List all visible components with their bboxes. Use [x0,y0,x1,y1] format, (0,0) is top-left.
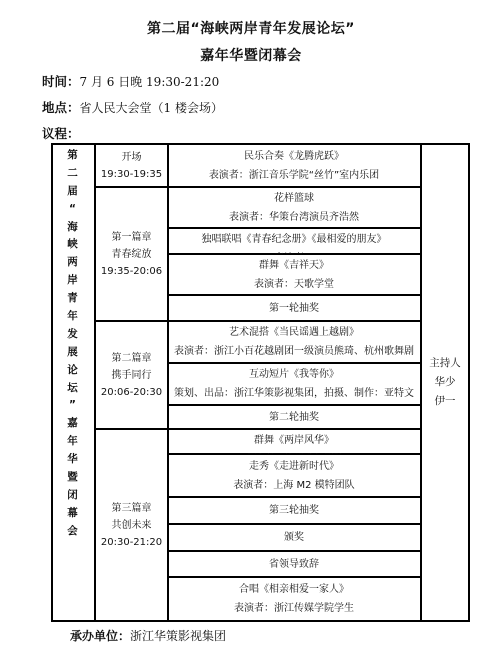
program-cell: 互动短片《我等你》策划、出品：浙江华策影视集团，拍摄、制作：亚特文 [169,364,419,404]
cell-text: 第二篇章 [112,350,152,367]
organizer: 承办单位：浙江华策影视集团 [70,627,226,644]
cell-text: 表演者：浙江小百花越剧团一级演员熊琦、杭州歌舞剧 [174,342,414,361]
program-cell: 第二轮抽奖 [169,406,419,428]
event-name-vertical: 第二届“海峡两岸青年发展论坛”嘉年华暨闭幕会 [51,147,94,616]
vertical-char: 发 [67,326,78,344]
cell-text: 群舞《吉祥天》 [259,256,329,275]
cell-text: 青春绽放 [112,246,152,263]
vertical-char: 幕 [67,505,78,523]
program-cell: 群舞《吉祥天》表演者：天歌学堂 [169,255,419,294]
cell-text: 互动短片《我等你》 [249,365,339,384]
cell-text: 20:06-20:30 [101,384,162,401]
cell-text: 表演者：华策台湾演员齐浩然 [229,208,359,227]
cell-text: 第三轮抽奖 [269,501,319,520]
vertical-char: “ [69,201,76,219]
vertical-char: 论 [67,362,78,380]
cell-text: 第二轮抽奖 [269,408,319,427]
vertical-char: ” [69,397,76,415]
cell-text: 表演者：上海 M2 模特团队 [233,476,354,495]
cell-text: 伊一 [435,392,456,411]
vertical-char: 两 [67,254,78,272]
program-cell: 颁奖 [169,525,419,550]
section-cell: 第三篇章共创未来20:30-21:20 [96,430,167,620]
cell-text: 表演者：天歌学堂 [254,275,334,294]
cell-text: 开场 [122,149,142,166]
cell-text: 艺术混搭《当民谣遇上越剧》 [229,323,359,342]
vertical-char: 第 [67,147,78,165]
cell-text: 20:30-21:20 [101,534,162,551]
program-cell: 独唱联唱《青春纪念册》《最相爱的朋友》表演者： [169,229,419,254]
vertical-char: 会 [67,523,78,541]
program-cell: 走秀《走进新时代》表演者：上海 M2 模特团队 [169,455,419,496]
cell-text: 花样篮球 [274,189,314,208]
program-cell: 第一轮抽奖 [169,296,419,320]
vertical-char: 届 [67,183,78,201]
cell-text: 第一篇章 [112,229,152,246]
cell-text: 华少 [435,373,456,392]
program-cell: 花样篮球表演者：华策台湾演员齐浩然 [169,188,419,227]
agenda-table: 第二届“海峡两岸青年发展论坛”嘉年华暨闭幕会开场19:30-19:35第一篇章青… [0,0,502,657]
vertical-char: 年 [67,308,78,326]
program-cell: 民乐合奏《龙腾虎跃》表演者：浙江音乐学院“丝竹”室内乐团 [169,145,419,186]
cell-text: 策划、出品：浙江华策影视集团，拍摄、制作：亚特文 [174,384,414,403]
table-border [51,620,470,622]
vertical-char: 展 [67,344,78,362]
cell-text: 表演者：浙江传媒学院学生 [234,599,354,618]
organizer-value: 浙江华策影视集团 [130,629,226,643]
cell-text: 走秀《走进新时代》 [249,457,339,476]
vertical-char: 海 [67,219,78,237]
cell-text: 省领导致辞 [269,555,319,574]
cell-text: 独唱联唱《青春纪念册》《最相爱的朋友》 [202,230,387,249]
cell-text: 携手同行 [112,367,152,384]
cell-text: 主持人 [429,354,461,373]
vertical-char: 坛 [67,380,78,398]
vertical-char: 二 [67,165,78,183]
organizer-label: 承办单位： [70,629,130,643]
program-cell: 合唱《相亲相爱一家人》表演者：浙江传媒学院学生 [169,578,419,620]
vertical-char: 岸 [67,272,78,290]
cell-text: 表演者： [274,249,314,254]
cell-text: 表演者：浙江音乐学院“丝竹”室内乐团 [209,166,379,185]
vertical-char: 华 [67,451,78,469]
cell-text: 第三篇章 [112,500,152,517]
cell-text: 19:35-20:06 [101,263,162,280]
cell-text: 合唱《相亲相爱一家人》 [239,580,349,599]
vertical-char: 暨 [67,469,78,487]
cell-text: 民乐合奏《龙腾虎跃》 [244,147,344,166]
section-cell: 开场19:30-19:35 [96,145,167,186]
cell-text: 群舞《两岸风华》 [254,431,334,450]
vertical-char: 峡 [67,236,78,254]
cell-text: 颁奖 [284,528,304,547]
cell-text: 共创未来 [112,517,152,534]
cell-text: 表演者：杭州歌舞剧院 [244,450,344,454]
host-cell: 主持人华少伊一 [422,145,468,620]
vertical-char: 嘉 [67,415,78,433]
program-cell: 群舞《两岸风华》表演者：杭州歌舞剧院 [169,430,419,454]
section-cell: 第一篇章青春绽放19:35-20:06 [96,188,167,320]
program-cell: 省领导致辞 [169,552,419,576]
table-border [468,143,470,622]
vertical-char: 年 [67,433,78,451]
program-cell: 艺术混搭《当民谣遇上越剧》表演者：浙江小百花越剧团一级演员熊琦、杭州歌舞剧 [169,322,419,362]
vertical-char: 闭 [67,487,78,505]
program-cell: 第三轮抽奖 [169,498,419,523]
cell-text: 19:30-19:35 [101,166,162,183]
cell-text: 第一轮抽奖 [269,299,319,318]
section-cell: 第二篇章携手同行20:06-20:30 [96,322,167,428]
vertical-char: 青 [67,290,78,308]
